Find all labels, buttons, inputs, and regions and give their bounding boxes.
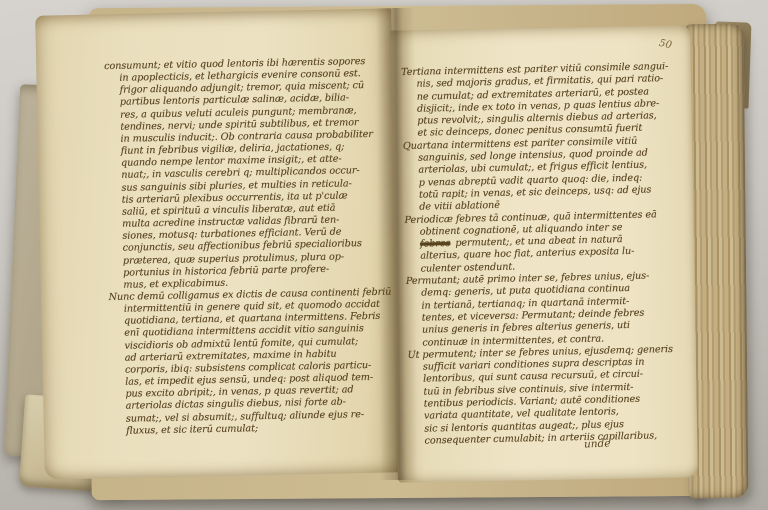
gutter-shadow [376, 8, 418, 480]
right-page-text: Tertiana intermittens est pariter vitiū … [401, 60, 702, 448]
folio-number: 50 [658, 38, 673, 51]
manuscript-photo: consumunt; et vitio quod lentoris ibi hæ… [0, 0, 768, 510]
catchword: unde [584, 438, 611, 451]
struck-word: febres [420, 238, 451, 250]
left-page-text: consumunt; et vitio quod lentoris ibi hæ… [104, 55, 407, 437]
